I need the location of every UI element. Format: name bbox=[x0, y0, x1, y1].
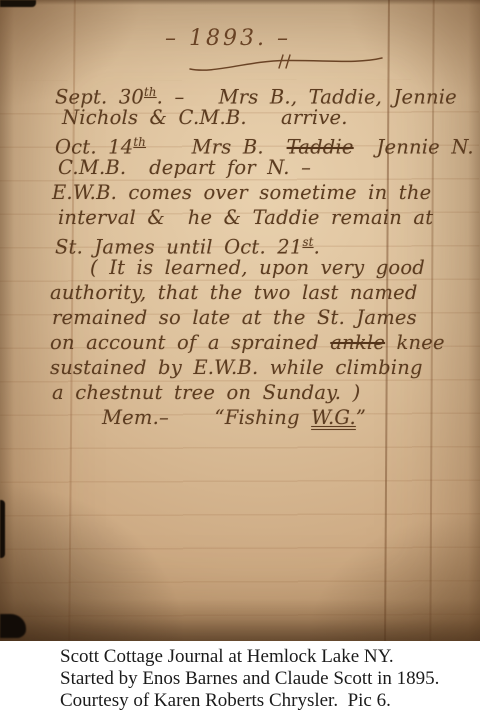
journal-text-segment: C.M.B. depart for N. – bbox=[58, 156, 311, 179]
journal-page-photo: – 1893. – Sept. 30th. – Mrs B., Taddie, … bbox=[0, 0, 480, 641]
journal-line: on account of a sprained ankle knee bbox=[46, 330, 458, 355]
journal-text-segment: sustained by E.W.B. while climbing bbox=[50, 356, 423, 379]
photo-corner-mark-top-left bbox=[0, 0, 36, 7]
year-heading: – 1893. – bbox=[46, 24, 410, 54]
journal-text-segment: E.W.B. comes over sometime in the bbox=[52, 181, 431, 204]
journal-text-segment: interval & he & Taddie remain at bbox=[58, 206, 433, 229]
flourish-underline bbox=[186, 54, 386, 76]
journal-text-segment: Mem.– “Fishing bbox=[102, 406, 311, 429]
journal-line: a chestnut tree on Sunday. ) bbox=[46, 380, 458, 405]
journal-text-segment: ( It is learned, upon very good bbox=[90, 256, 425, 279]
journal-text-segment: th bbox=[144, 85, 157, 99]
journal-line: Oct. 14th Mrs B. Taddie Jennie N. & bbox=[46, 130, 458, 155]
journal-line: remained so late at the St. James bbox=[46, 305, 458, 330]
journal-text-segment: ” bbox=[356, 406, 366, 429]
photo-edge-mark-left bbox=[0, 500, 5, 558]
journal-text-segment: knee bbox=[385, 331, 445, 354]
journal-line: Sept. 30th. – Mrs B., Taddie, Jennie bbox=[46, 80, 458, 105]
screenshot: – 1893. – Sept. 30th. – Mrs B., Taddie, … bbox=[0, 0, 480, 714]
journal-line: interval & he & Taddie remain at bbox=[46, 205, 458, 230]
journal-text-segment: ankle bbox=[330, 331, 385, 354]
handwritten-entry: – 1893. – Sept. 30th. – Mrs B., Taddie, … bbox=[46, 24, 458, 430]
journal-line: ( It is learned, upon very good bbox=[46, 255, 458, 280]
journal-lines: Sept. 30th. – Mrs B., Taddie, JennieNich… bbox=[46, 80, 458, 430]
caption-line-1: Scott Cottage Journal at Hemlock Lake NY… bbox=[0, 646, 480, 668]
caption-line-3: Courtesy of Karen Roberts Chrysler. Pic … bbox=[0, 690, 480, 712]
journal-line: St. James until Oct. 21st. bbox=[46, 230, 458, 255]
journal-text-segment: remained so late at the St. James bbox=[52, 306, 417, 329]
journal-line: E.W.B. comes over sometime in the bbox=[46, 180, 458, 205]
journal-line: Mem.– “Fishing W.G.” bbox=[46, 405, 458, 430]
journal-line: authority, that the two last named bbox=[46, 280, 458, 305]
journal-text-segment: st bbox=[302, 235, 313, 249]
journal-text-segment: W.G. bbox=[311, 406, 356, 429]
journal-text-segment: on account of a sprained bbox=[50, 331, 330, 354]
caption-line-2: Started by Enos Barnes and Claude Scott … bbox=[0, 668, 480, 690]
journal-text-segment: Nichols & C.M.B. arrive. bbox=[62, 106, 348, 129]
journal-text-segment: Jennie N. & bbox=[354, 136, 480, 159]
journal-text-segment: th bbox=[133, 135, 146, 149]
journal-line: sustained by E.W.B. while climbing bbox=[46, 355, 458, 380]
journal-text-segment: authority, that the two last named bbox=[50, 281, 418, 304]
caption: Scott Cottage Journal at Hemlock Lake NY… bbox=[0, 641, 480, 714]
journal-text-segment: a chestnut tree on Sunday. ) bbox=[52, 381, 360, 404]
